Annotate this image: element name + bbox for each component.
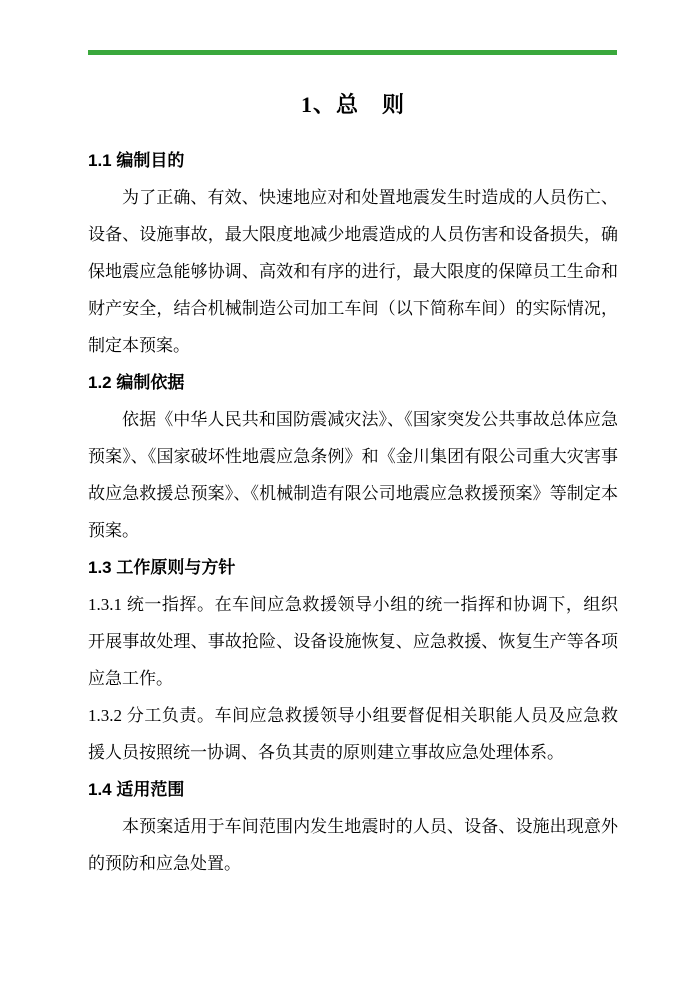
section-heading-1-3: 1.3 工作原则与方针: [88, 549, 618, 586]
paragraph: 本预案适用于车间范围内发生地震时的人员、设备、设施出现意外的预防和应急处置。: [88, 808, 618, 882]
section-heading-1-4: 1.4 适用范围: [88, 771, 618, 808]
paragraph: 1.3.2 分工负责。车间应急救援领导小组要督促相关职能人员及应急救援人员按照统…: [88, 697, 618, 771]
top-rule: [88, 50, 617, 55]
document-content: 1、总 则 1.1 编制目的 为了正确、有效、快速地应对和处置地震发生时造成的人…: [88, 88, 618, 882]
document-title: 1、总 则: [88, 88, 618, 122]
paragraph: 为了正确、有效、快速地应对和处置地震发生时造成的人员伤亡、设备、设施事故，最大限…: [88, 179, 618, 364]
section-heading-1-2: 1.2 编制依据: [88, 364, 618, 401]
document-page: 1、总 则 1.1 编制目的 为了正确、有效、快速地应对和处置地震发生时造成的人…: [0, 0, 700, 990]
section-heading-1-1: 1.1 编制目的: [88, 142, 618, 179]
paragraph: 依据《中华人民共和国防震减灾法》、《国家突发公共事故总体应急预案》、《国家破坏性…: [88, 401, 618, 549]
paragraph: 1.3.1 统一指挥。在车间应急救援领导小组的统一指挥和协调下，组织开展事故处理…: [88, 586, 618, 697]
